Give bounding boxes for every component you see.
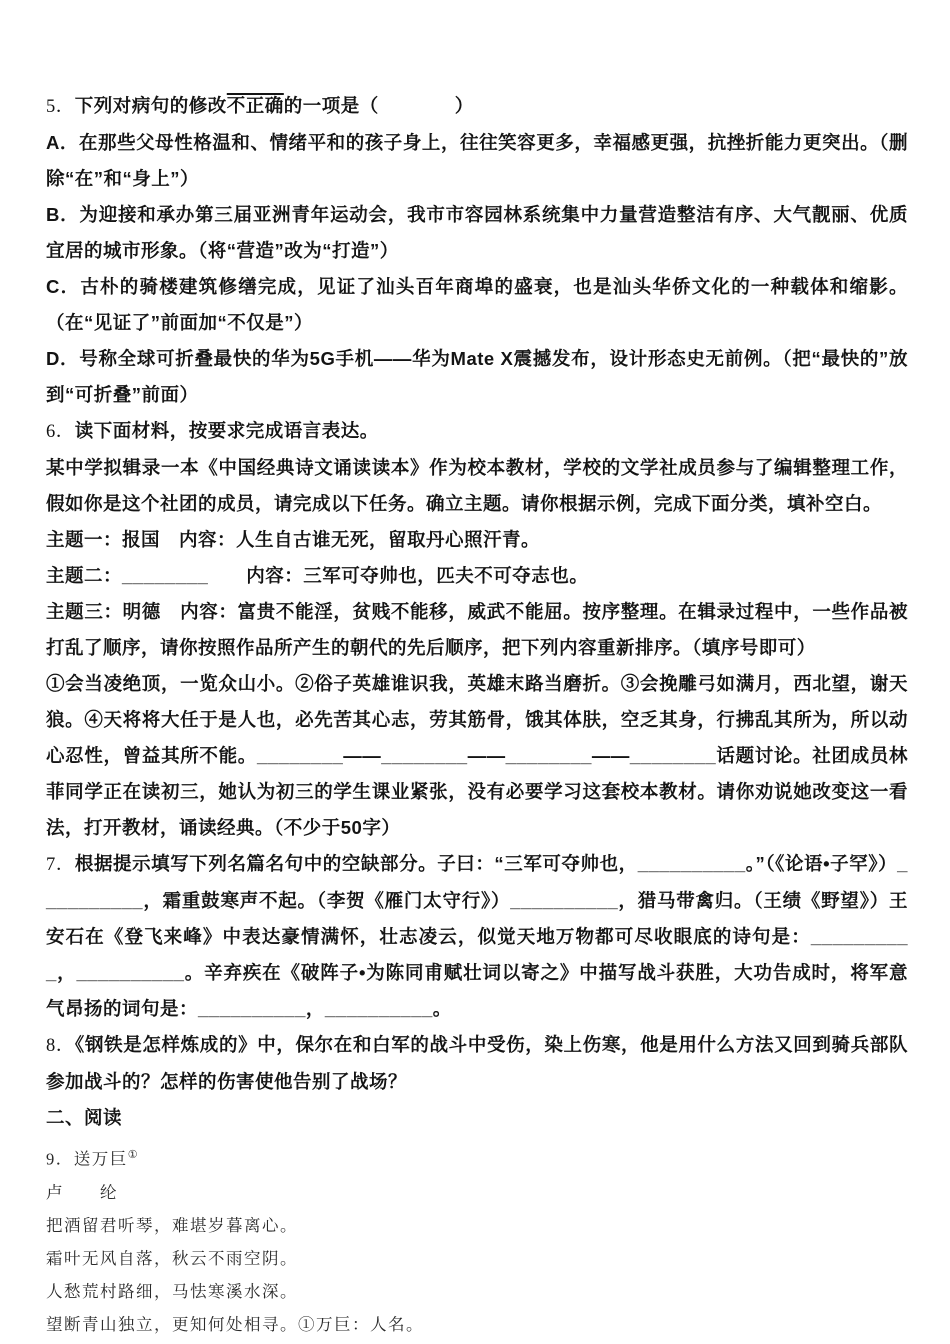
option-b-label: B． xyxy=(46,204,79,225)
poem-line-1: 把酒留君听琴，难堪岁暮离心。 xyxy=(46,1209,908,1242)
option-a-label: A． xyxy=(46,132,79,153)
question-9-number: 9． xyxy=(46,1150,74,1169)
exam-page: 5．下列对病句的修改不正确的一项是（ ） A．在那些父母性格温和、情绪平和的孩子… xyxy=(0,0,950,1341)
question-7-text: 根据提示填写下列名篇名句中的空缺部分。子曰：“三军可夺帅也，__________… xyxy=(46,853,908,1019)
question-5-stem: 5．下列对病句的修改不正确的一项是（ ） xyxy=(46,88,908,125)
option-a-text: 在那些父母性格温和、情绪平和的孩子身上，往往笑容更多，幸福感更强，抗挫折能力更突… xyxy=(46,132,908,189)
poem-block: 9．送万巨① 卢 纶 把酒留君听琴，难堪岁暮离心。 霜叶无风自落，秋云不雨空阴。… xyxy=(46,1138,908,1341)
poem-author: 卢 纶 xyxy=(46,1176,908,1209)
question-7-number: 7． xyxy=(46,855,75,875)
question-5-emphasized-text: 不正确 xyxy=(227,95,284,116)
question-5-prefix: 下列对病句的修改 xyxy=(75,95,227,116)
question-6-theme-1: 主题一：报国 内容：人生自古谁无死，留取丹心照汗青。 xyxy=(46,522,908,558)
poem-line-3: 人愁荒村路细，马怯寒溪水深。 xyxy=(46,1275,908,1308)
question-9-title: 9．送万巨① xyxy=(46,1138,908,1176)
question-5-option-d: D．号称全球可折叠最快的华为5G手机——华为Mate X震撼发布，设计形态史无前… xyxy=(46,341,908,413)
question-5-suffix: 的一项是（ ） xyxy=(284,95,474,116)
question-5-number: 5． xyxy=(46,97,75,117)
question-7: 7．根据提示填写下列名篇名句中的空缺部分。子曰：“三军可夺帅也，________… xyxy=(46,846,908,1027)
question-6-material: 某中学拟辑录一本《中国经典诗文诵读读本》作为校本教材，学校的文学社成员参与了编辑… xyxy=(46,450,908,522)
poem-line-2: 霜叶无风自落，秋云不雨空阴。 xyxy=(46,1242,908,1275)
option-b-text: 为迎接和承办第三届亚洲青年运动会，我市市容园林系统集中力量营造整洁有序、大气靓丽… xyxy=(46,204,908,261)
option-d-text: 号称全球可折叠最快的华为5G手机——华为Mate X震撼发布，设计形态史无前例。… xyxy=(46,348,908,405)
question-5-option-a: A．在那些父母性格温和、情绪平和的孩子身上，往往笑容更多，幸福感更强，抗挫折能力… xyxy=(46,125,908,197)
poem-footnote: ①万巨：人名。 xyxy=(298,1315,424,1334)
question-8: 8．《钢铁是怎样炼成的》中，保尔在和白军的战斗中受伤，染上伤寒，他是用什么方法又… xyxy=(46,1027,908,1100)
option-c-text: 古朴的骑楼建筑修缮完成，见证了汕头百年商埠的盛衰，也是汕头华侨文化的一种载体和缩… xyxy=(46,276,908,333)
option-d-label: D． xyxy=(46,348,79,369)
question-8-text: 《钢铁是怎样炼成的》中，保尔在和白军的战斗中受伤，染上伤寒，他是用什么方法又回到… xyxy=(46,1034,908,1092)
question-8-number: 8． xyxy=(46,1036,75,1056)
poem-title-text: 送万巨 xyxy=(74,1150,128,1169)
option-c-label: C． xyxy=(46,276,80,297)
poem-line-4-with-note: 望断青山独立，更知何处相寻。①万巨：人名。 xyxy=(46,1308,908,1341)
question-6-theme-3: 主题三：明德 内容：富贵不能淫，贫贱不能移，威武不能屈。按序整理。在辑录过程中，… xyxy=(46,594,908,666)
question-5-option-b: B．为迎接和承办第三届亚洲青年运动会，我市市容园林系统集中力量营造整洁有序、大气… xyxy=(46,197,908,269)
question-6-number: 6． xyxy=(46,422,75,442)
poem-title-note-mark: ① xyxy=(128,1148,138,1161)
question-5-option-c: C．古朴的骑楼建筑修缮完成，见证了汕头百年商埠的盛衰，也是汕头华侨文化的一种载体… xyxy=(46,269,908,341)
poem-line-4: 望断青山独立，更知何处相寻。 xyxy=(46,1315,298,1334)
question-6-sequence-task: ①会当凌绝顶，一览众山小。②俗子英雄谁识我，英雄末路当磨折。③会挽雕弓如满月，西… xyxy=(46,666,908,846)
section-2-heading: 二、阅读 xyxy=(46,1100,908,1136)
question-6-stem: 6．读下面材料，按要求完成语言表达。 xyxy=(46,413,908,450)
question-6-theme-2: 主题二：________ 内容：三军可夺帅也，匹夫不可夺志也。 xyxy=(46,558,908,594)
question-6-stem-text: 读下面材料，按要求完成语言表达。 xyxy=(75,420,379,441)
